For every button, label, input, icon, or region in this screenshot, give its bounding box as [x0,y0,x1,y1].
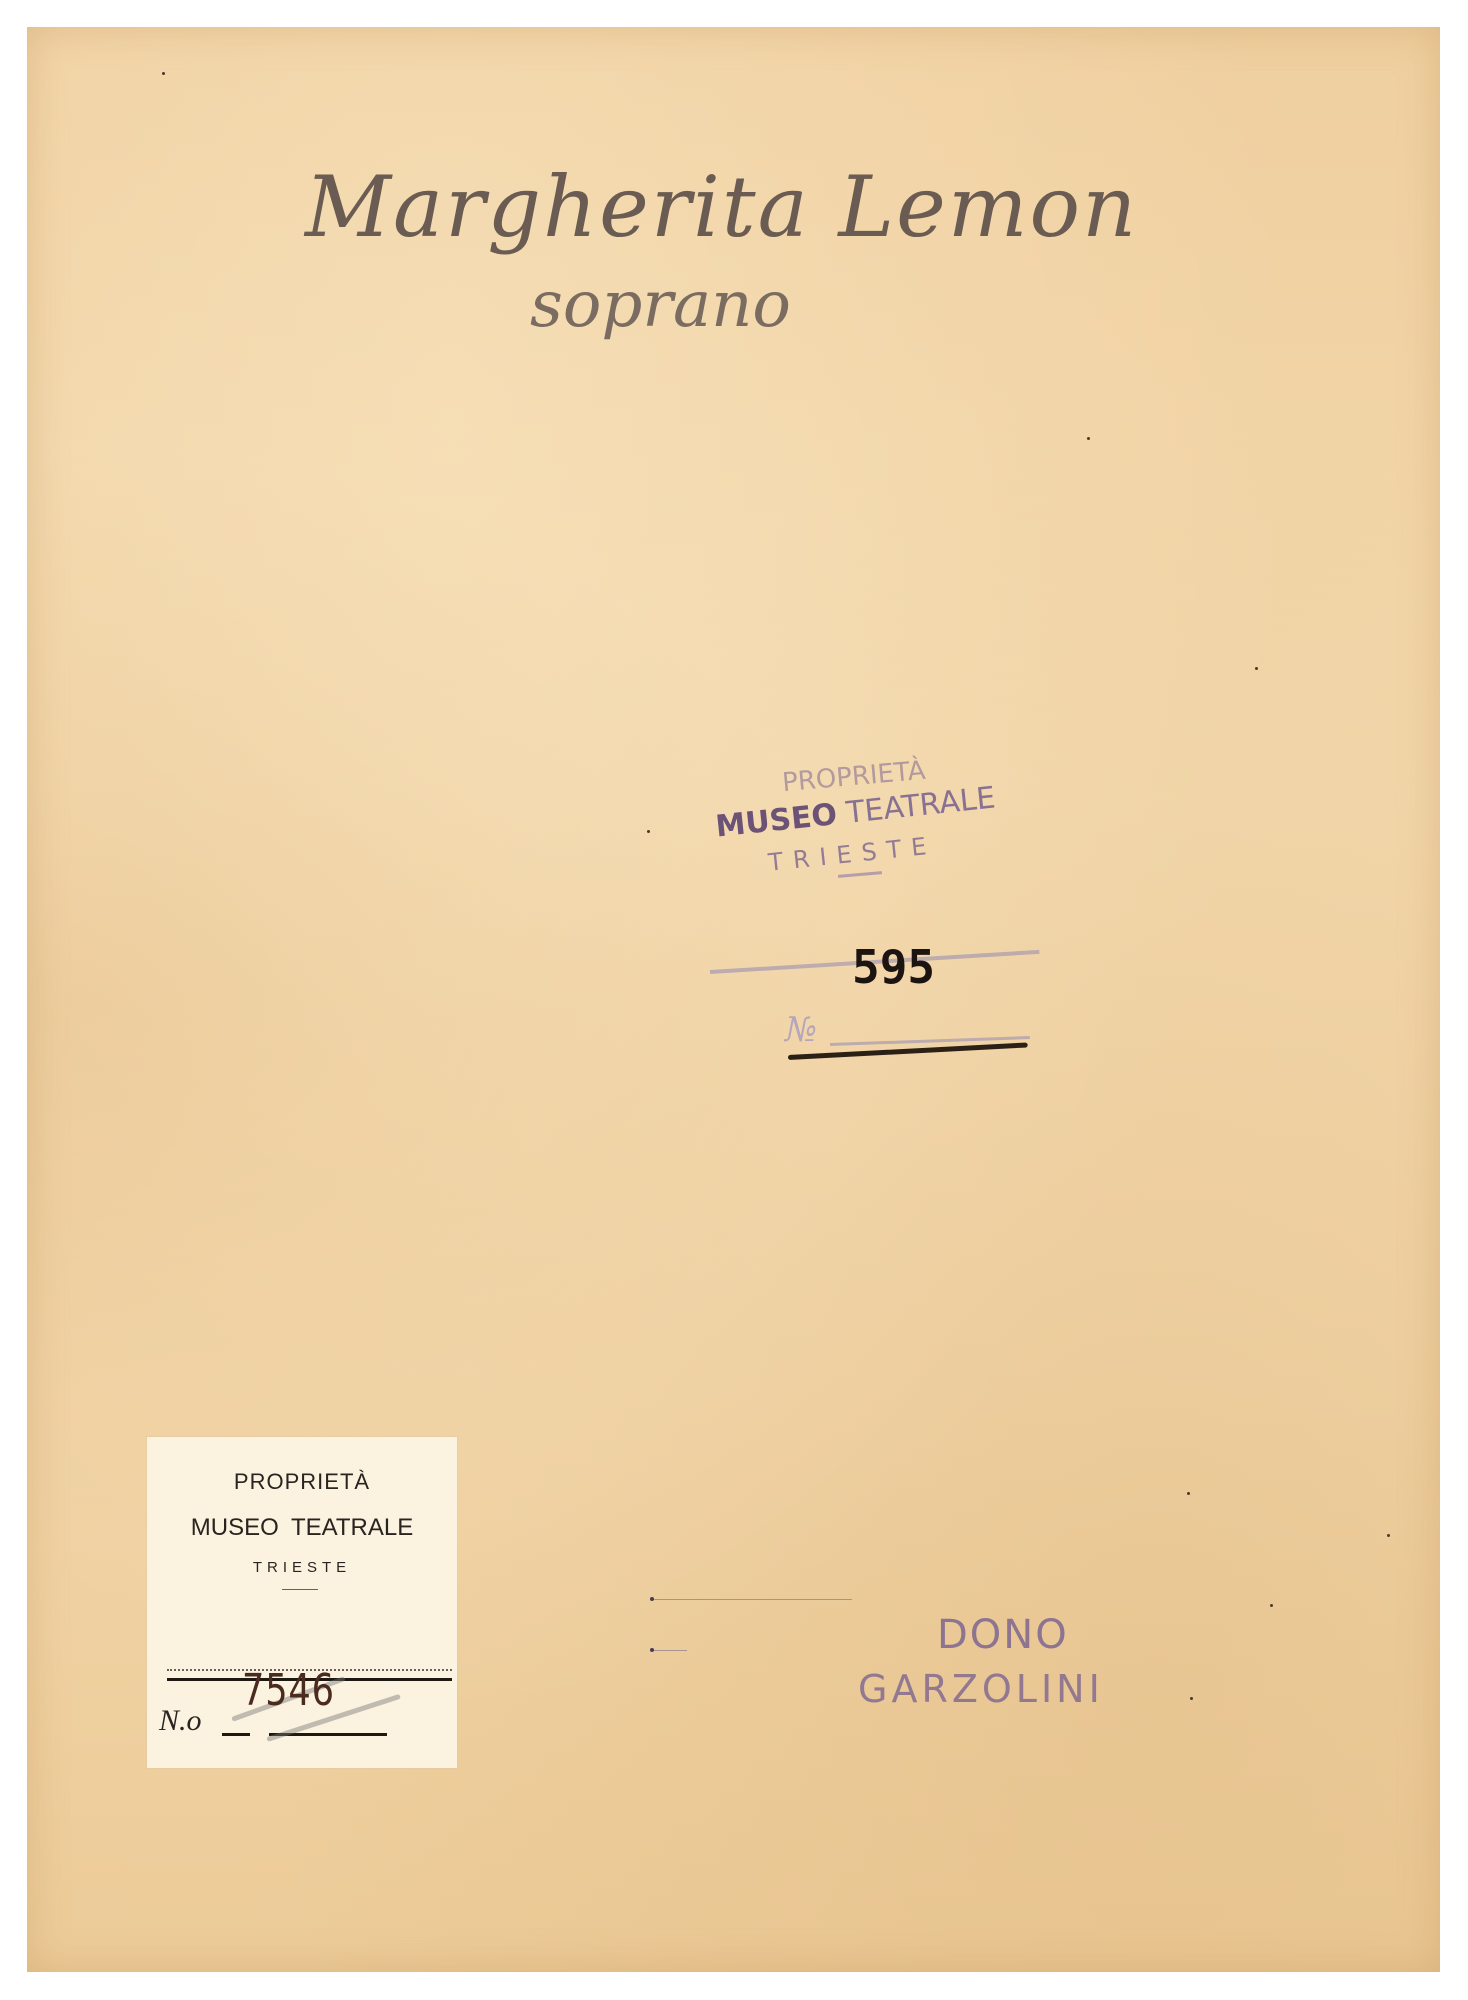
pen-mark [652,1650,687,1651]
paper-speck [1087,437,1090,440]
label-number-rule [222,1733,250,1736]
number-symbol: № [785,1010,817,1050]
paper-speck [1187,1492,1190,1495]
museum-property-label: PROPRIETÀ MUSEO TEATRALE TRIESTE N.o 754… [147,1437,457,1768]
paper-speck [1387,1534,1390,1537]
label-number-prefix: N.o [159,1704,202,1738]
handwritten-role: soprano [530,268,791,342]
label-handwritten-number: 7546 [242,1665,335,1716]
paper-speck [1190,1697,1193,1700]
handwritten-name: Margherita Lemon [305,158,1138,256]
label-trieste: TRIESTE [147,1559,457,1576]
pen-dot [650,1597,654,1601]
inventory-number: 595 [852,940,935,994]
paper-speck [647,830,650,833]
donation-dono: DONO [937,1612,1069,1658]
donation-garzolini: GARZOLINI [858,1667,1104,1711]
paper-speck [162,72,165,75]
label-museo-teatrale: MUSEO TEATRALE [147,1514,457,1542]
label-divider [282,1589,318,1590]
paper-speck [1255,667,1258,670]
paper-speck [1270,1604,1273,1607]
label-proprieta: PROPRIETÀ [147,1469,457,1495]
pen-dot [650,1648,654,1652]
pen-mark [652,1599,852,1600]
